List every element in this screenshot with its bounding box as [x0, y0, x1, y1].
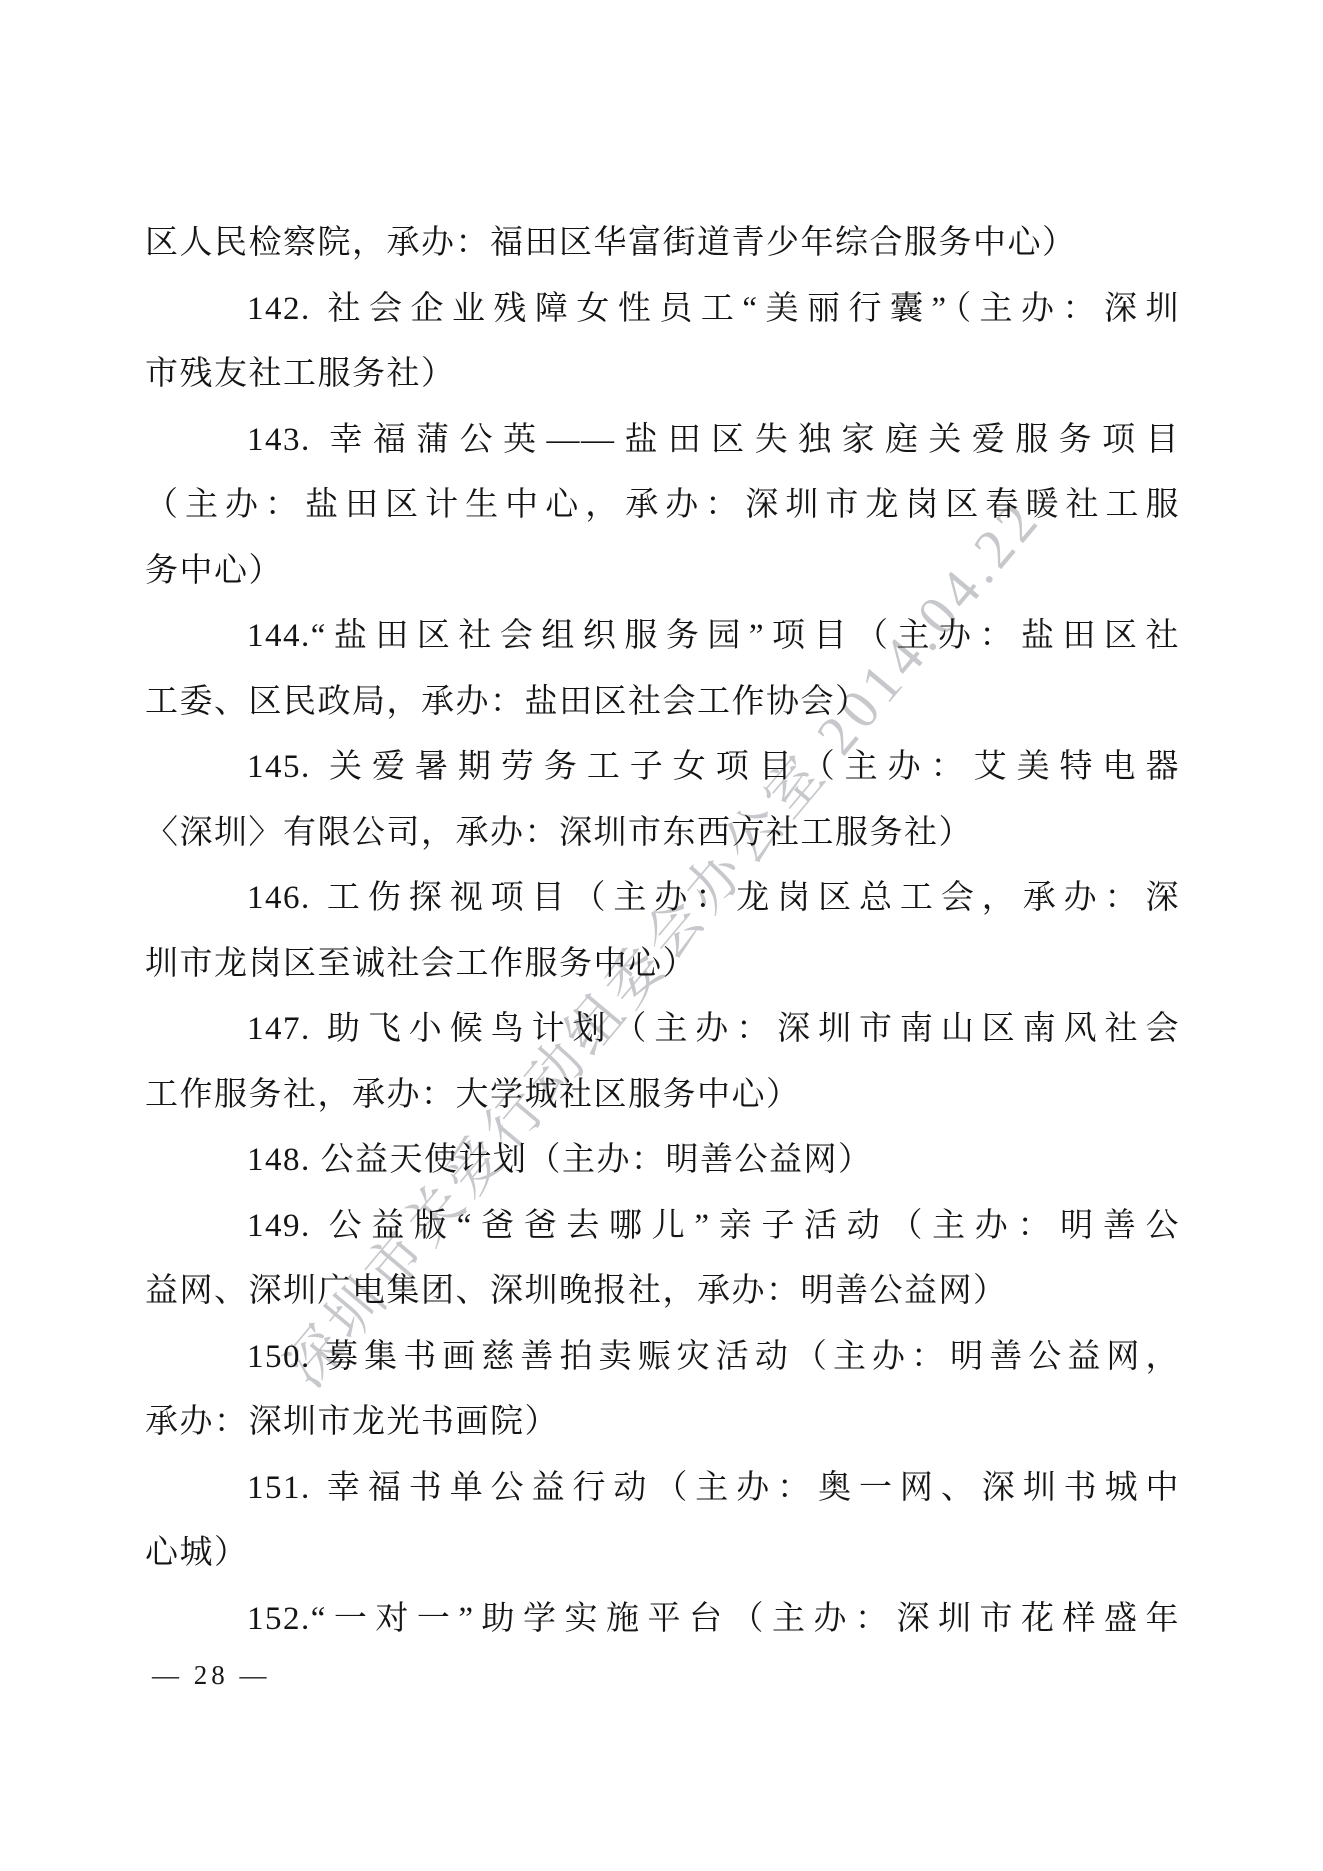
text-line: 145. 关爱暑期劳务工子女项目（主办：艾美特电器 [145, 735, 1180, 801]
text-line: 150. 募集书画慈善拍卖赈灾活动（主办：明善公益网， [145, 1325, 1180, 1391]
text-line: 圳市龙岗区至诚社会工作服务中心） [145, 932, 1180, 998]
text-line: 区人民检察院，承办：福田区华富街道青少年综合服务中心） [145, 211, 1180, 277]
text-line: 149. 公益版“爸爸去哪儿”亲子活动（主办：明善公 [145, 1194, 1180, 1260]
text-line: 146. 工伤探视项目（主办：龙岗区总工会，承办：深 [145, 866, 1180, 932]
text-line: 143. 幸福蒲公英——盐田区失独家庭关爱服务项目 [145, 408, 1180, 474]
text-line: 市残友社工服务社） [145, 342, 1180, 408]
text-line: 工作服务社，承办：大学城社区服务中心） [145, 1063, 1180, 1129]
text-line: 142. 社会企业残障女性员工“美丽行囊”（主办：深圳 [145, 277, 1180, 343]
text-line: 144.“盐田区社会组织服务园”项目（主办：盐田区社 [145, 604, 1180, 670]
text-line: 147. 助飞小候鸟计划（主办：深圳市南山区南风社会 [145, 997, 1180, 1063]
text-line: 益网、深圳广电集团、深圳晚报社，承办：明善公益网） [145, 1259, 1180, 1325]
document-body: 区人民检察院，承办：福田区华富街道青少年综合服务中心） 142. 社会企业残障女… [145, 211, 1180, 1652]
text-line: （主办：盐田区计生中心，承办：深圳市龙岗区春暖社工服 [145, 473, 1180, 539]
text-line: 务中心） [145, 539, 1180, 605]
document-page: 深圳市关爱行动组委会办公室 2014.04.22 区人民检察院，承办：福田区华富… [0, 0, 1323, 1871]
text-line: 心城） [145, 1521, 1180, 1587]
text-line: 承办：深圳市龙光书画院） [145, 1390, 1180, 1456]
page-number: — 28 — [152, 1660, 271, 1691]
text-line: 152.“一对一”助学实施平台（主办：深圳市花样盛年 [145, 1587, 1180, 1653]
text-line: 〈深圳〉有限公司，承办：深圳市东西方社工服务社） [145, 801, 1180, 867]
text-line: 148. 公益天使计划（主办：明善公益网） [145, 1128, 1180, 1194]
text-line: 工委、区民政局，承办：盐田区社会工作协会） [145, 670, 1180, 736]
text-line: 151. 幸福书单公益行动（主办：奥一网、深圳书城中 [145, 1456, 1180, 1522]
